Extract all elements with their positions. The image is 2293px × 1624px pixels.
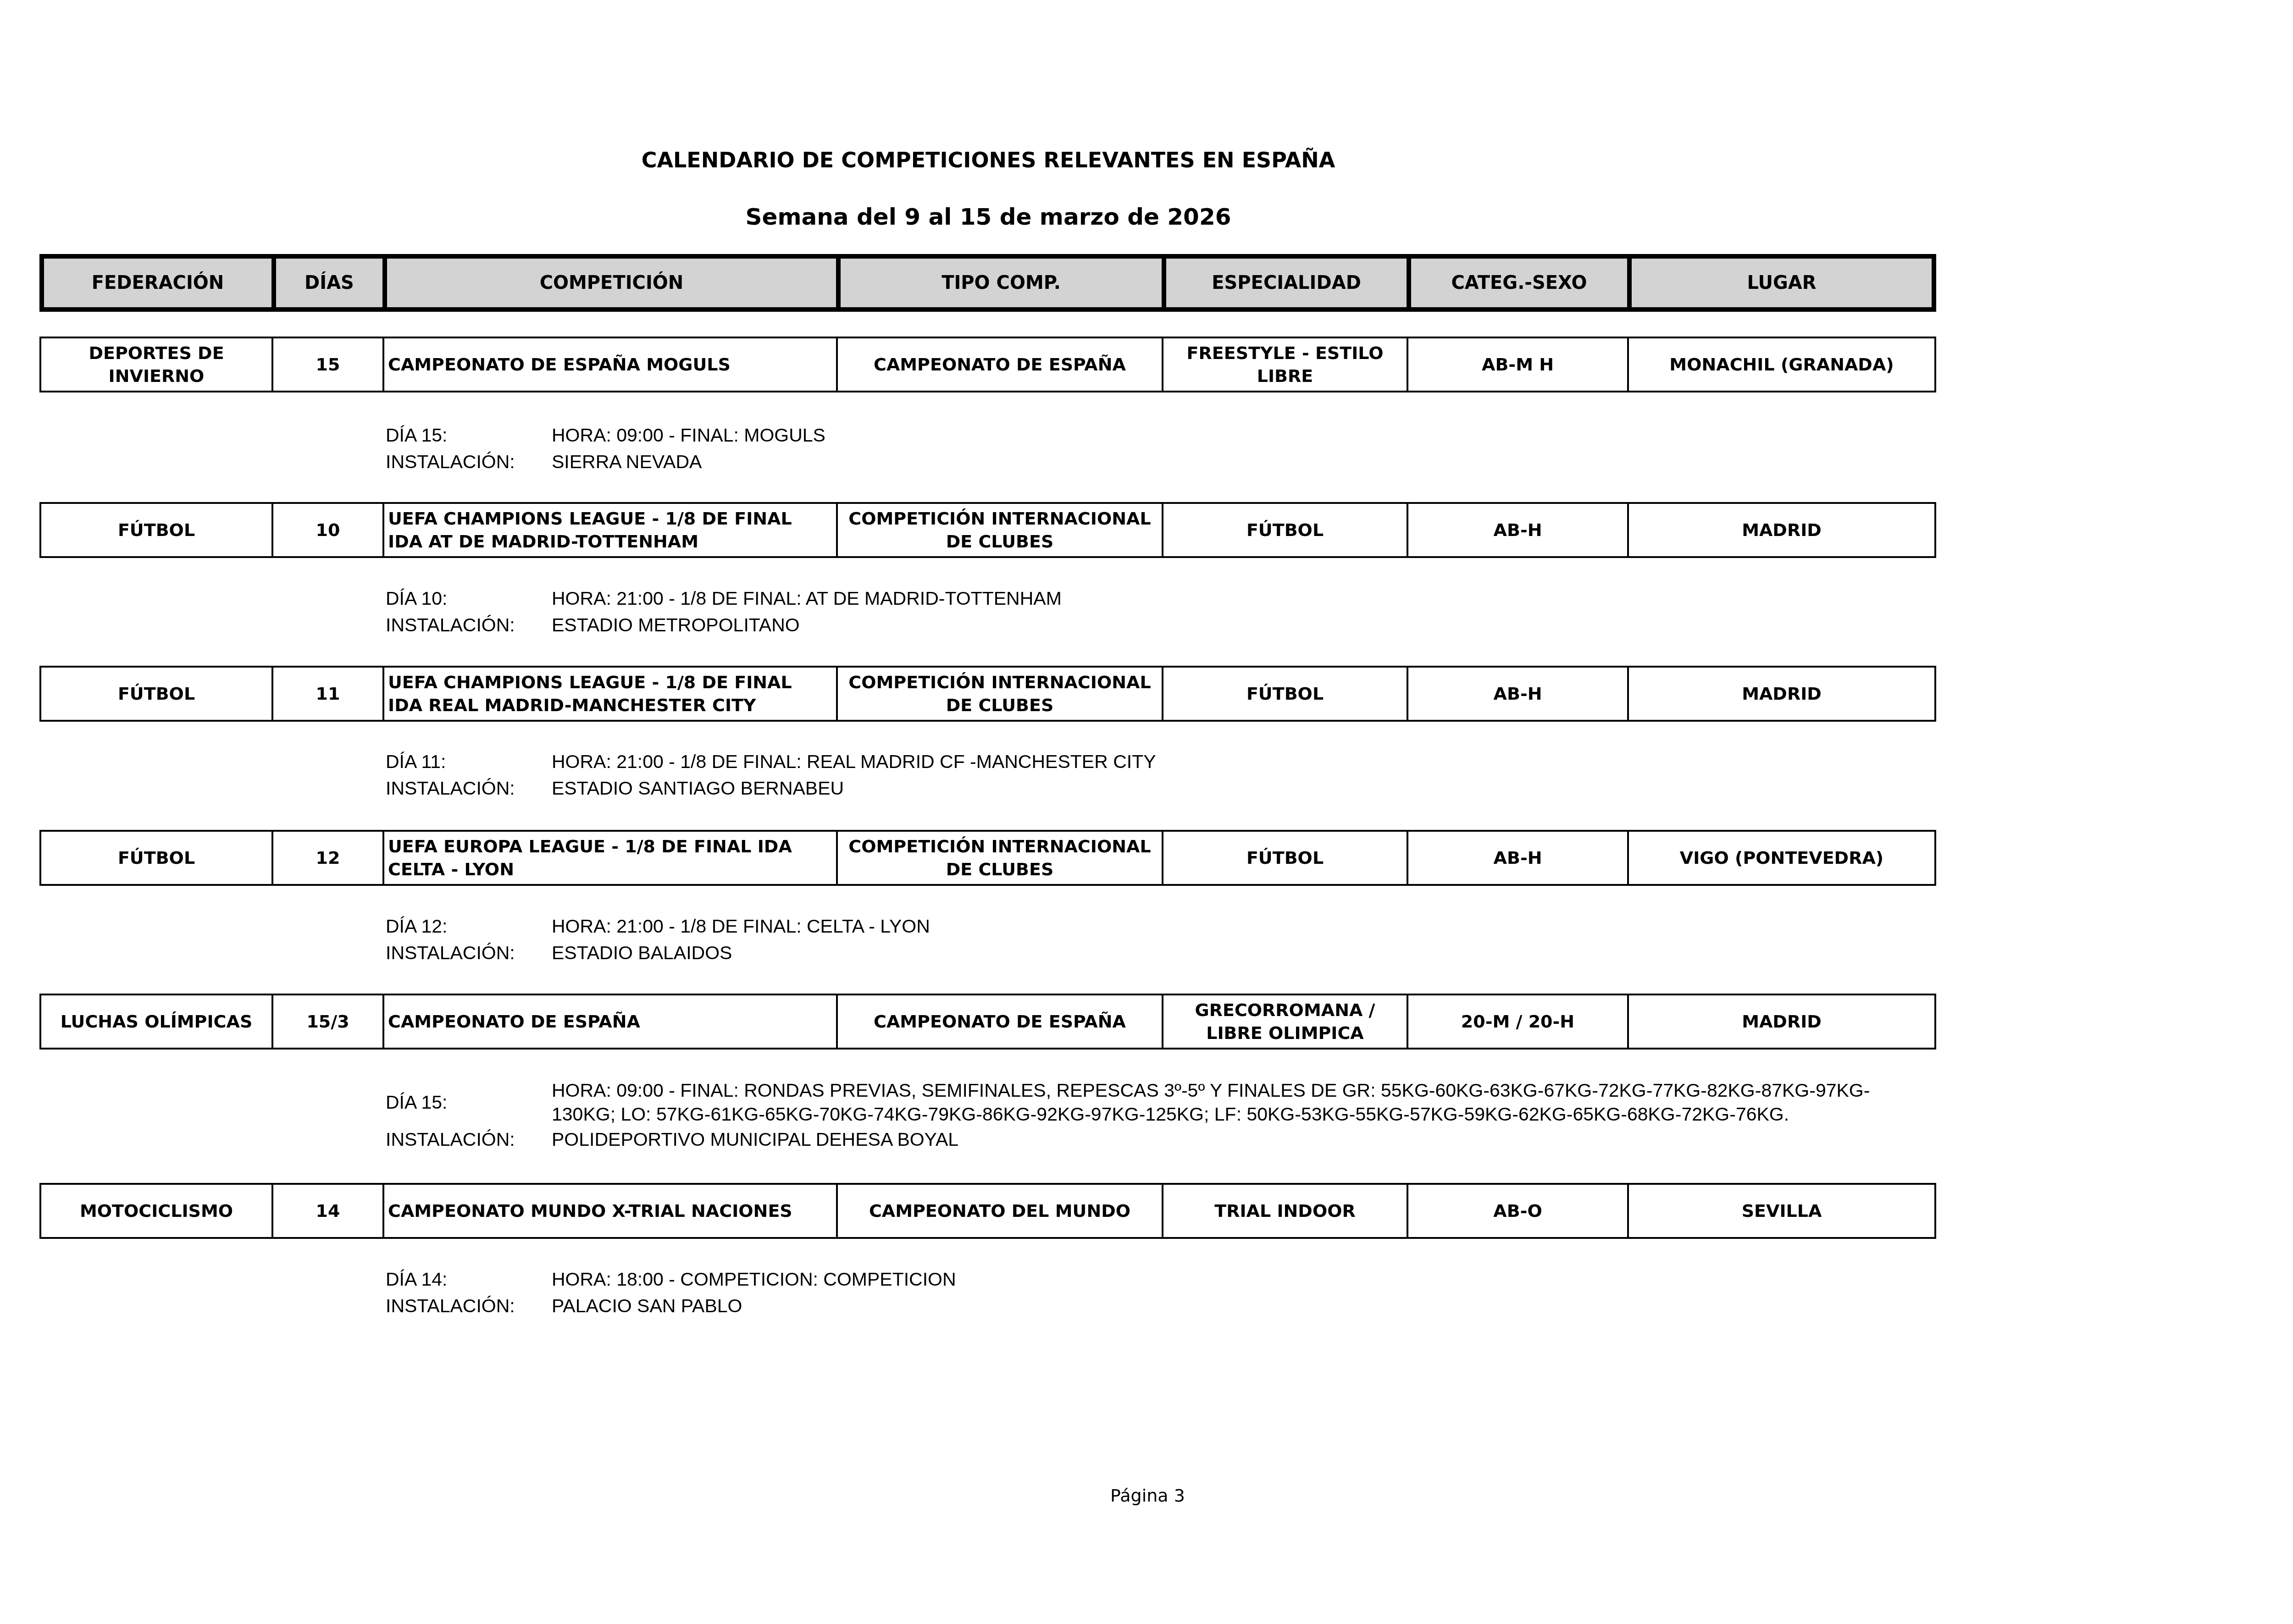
column-header-federacion: FEDERACIÓN xyxy=(44,259,276,307)
column-header-tipo: TIPO COMP. xyxy=(841,259,1166,307)
detail-schedule: HORA: 09:00 - FINAL: RONDAS PREVIAS, SEM… xyxy=(552,1078,1927,1126)
cell-tipo: COMPETICIÓN INTERNACIONAL DE CLUBES xyxy=(838,504,1163,556)
cell-lugar: MONACHIL (GRANADA) xyxy=(1629,338,1934,391)
cell-tipo: CAMPEONATO DE ESPAÑA xyxy=(838,338,1163,391)
cell-especialidad: FÚTBOL xyxy=(1163,504,1408,556)
cell-dias: 15 xyxy=(273,338,384,391)
detail-day-label: DÍA 12: xyxy=(386,913,552,939)
cell-categ-sexo: AB-O xyxy=(1408,1185,1629,1237)
detail-venue-label: INSTALACIÓN: xyxy=(386,1126,552,1153)
column-header-competicion: COMPETICIÓN xyxy=(387,259,841,307)
event-detail: DÍA 14:HORA: 18:00 - COMPETICION: COMPET… xyxy=(386,1266,1927,1319)
cell-lugar: MADRID xyxy=(1629,668,1934,720)
cell-categ-sexo: AB-H xyxy=(1408,668,1629,720)
detail-schedule: HORA: 21:00 - 1/8 DE FINAL: AT DE MADRID… xyxy=(552,585,1927,612)
cell-especialidad: TRIAL INDOOR xyxy=(1163,1185,1408,1237)
detail-venue-label: INSTALACIÓN: xyxy=(386,448,552,475)
detail-venue: ESTADIO SANTIAGO BERNABEU xyxy=(552,775,1927,801)
cell-competicion: CAMPEONATO DE ESPAÑA xyxy=(384,995,838,1048)
cell-federacion: FÚTBOL xyxy=(41,504,273,556)
detail-venue: ESTADIO BALAIDOS xyxy=(552,939,1927,966)
table-row: FÚTBOL 11 UEFA CHAMPIONS LEAGUE - 1/8 DE… xyxy=(39,666,1936,722)
cell-federacion: DEPORTES DE INVIERNO xyxy=(41,338,273,391)
cell-categ-sexo: AB-H xyxy=(1408,504,1629,556)
cell-tipo: COMPETICIÓN INTERNACIONAL DE CLUBES xyxy=(838,668,1163,720)
cell-dias: 15/3 xyxy=(273,995,384,1048)
table-row: LUCHAS OLÍMPICAS 15/3 CAMPEONATO DE ESPA… xyxy=(39,994,1936,1050)
cell-especialidad: GRECORROMANA / LIBRE OLIMPICA xyxy=(1163,995,1408,1048)
detail-schedule: HORA: 21:00 - 1/8 DE FINAL: REAL MADRID … xyxy=(552,748,1927,775)
table-header: FEDERACIÓN DÍAS COMPETICIÓN TIPO COMP. E… xyxy=(39,254,1936,312)
detail-day-label: DÍA 15: xyxy=(386,1089,552,1116)
detail-day-label: DÍA 14: xyxy=(386,1266,552,1293)
detail-day-label: DÍA 11: xyxy=(386,748,552,775)
document-subtitle: Semana del 9 al 15 de marzo de 2026 xyxy=(0,204,1977,230)
cell-tipo: CAMPEONATO DEL MUNDO xyxy=(838,1185,1163,1237)
detail-venue-label: INSTALACIÓN: xyxy=(386,775,552,801)
column-header-categ-sexo: CATEG.-SEXO xyxy=(1411,259,1632,307)
detail-day-label: DÍA 10: xyxy=(386,585,552,612)
cell-tipo: CAMPEONATO DE ESPAÑA xyxy=(838,995,1163,1048)
column-header-dias: DÍAS xyxy=(276,259,387,307)
cell-dias: 12 xyxy=(273,832,384,884)
cell-dias: 11 xyxy=(273,668,384,720)
detail-schedule: HORA: 09:00 - FINAL: MOGULS xyxy=(552,422,1927,448)
cell-lugar: MADRID xyxy=(1629,504,1934,556)
cell-competicion: CAMPEONATO MUNDO X-TRIAL NACIONES xyxy=(384,1185,838,1237)
cell-especialidad: FREESTYLE - ESTILO LIBRE xyxy=(1163,338,1408,391)
event-detail: DÍA 11:HORA: 21:00 - 1/8 DE FINAL: REAL … xyxy=(386,748,1927,801)
event-detail: DÍA 15:HORA: 09:00 - FINAL: MOGULS INSTA… xyxy=(386,422,1927,475)
table-row: MOTOCICLISMO 14 CAMPEONATO MUNDO X-TRIAL… xyxy=(39,1183,1936,1239)
cell-lugar: SEVILLA xyxy=(1629,1185,1934,1237)
cell-dias: 14 xyxy=(273,1185,384,1237)
column-header-especialidad: ESPECIALIDAD xyxy=(1166,259,1411,307)
table-row: DEPORTES DE INVIERNO 15 CAMPEONATO DE ES… xyxy=(39,337,1936,392)
detail-day-label: DÍA 15: xyxy=(386,422,552,448)
cell-categ-sexo: AB-H xyxy=(1408,832,1629,884)
column-header-lugar: LUGAR xyxy=(1632,259,1932,307)
cell-competicion: UEFA EUROPA LEAGUE - 1/8 DE FINAL IDA CE… xyxy=(384,832,838,884)
detail-venue-label: INSTALACIÓN: xyxy=(386,612,552,638)
document-title: CALENDARIO DE COMPETICIONES RELEVANTES E… xyxy=(0,148,1977,172)
detail-schedule: HORA: 21:00 - 1/8 DE FINAL: CELTA - LYON xyxy=(552,913,1927,939)
event-detail: DÍA 15:HORA: 09:00 - FINAL: RONDAS PREVI… xyxy=(386,1078,1927,1153)
detail-venue: PALACIO SAN PABLO xyxy=(552,1293,1927,1319)
cell-competicion: UEFA CHAMPIONS LEAGUE - 1/8 DE FINAL IDA… xyxy=(384,504,838,556)
cell-federacion: FÚTBOL xyxy=(41,832,273,884)
cell-competicion: CAMPEONATO DE ESPAÑA MOGULS xyxy=(384,338,838,391)
cell-especialidad: FÚTBOL xyxy=(1163,668,1408,720)
cell-competicion: UEFA CHAMPIONS LEAGUE - 1/8 DE FINAL IDA… xyxy=(384,668,838,720)
detail-venue-label: INSTALACIÓN: xyxy=(386,939,552,966)
page-number: Página 3 xyxy=(0,1486,2293,1506)
cell-categ-sexo: AB-M H xyxy=(1408,338,1629,391)
event-detail: DÍA 12:HORA: 21:00 - 1/8 DE FINAL: CELTA… xyxy=(386,913,1927,966)
detail-venue-label: INSTALACIÓN: xyxy=(386,1293,552,1319)
table-row: FÚTBOL 10 UEFA CHAMPIONS LEAGUE - 1/8 DE… xyxy=(39,502,1936,558)
cell-federacion: FÚTBOL xyxy=(41,668,273,720)
detail-venue: ESTADIO METROPOLITANO xyxy=(552,612,1927,638)
cell-tipo: COMPETICIÓN INTERNACIONAL DE CLUBES xyxy=(838,832,1163,884)
cell-federacion: LUCHAS OLÍMPICAS xyxy=(41,995,273,1048)
detail-venue: POLIDEPORTIVO MUNICIPAL DEHESA BOYAL xyxy=(552,1126,1927,1153)
cell-categ-sexo: 20-M / 20-H xyxy=(1408,995,1629,1048)
cell-especialidad: FÚTBOL xyxy=(1163,832,1408,884)
cell-lugar: MADRID xyxy=(1629,995,1934,1048)
cell-dias: 10 xyxy=(273,504,384,556)
table-row: FÚTBOL 12 UEFA EUROPA LEAGUE - 1/8 DE FI… xyxy=(39,830,1936,886)
detail-venue: SIERRA NEVADA xyxy=(552,448,1927,475)
detail-schedule: HORA: 18:00 - COMPETICION: COMPETICION xyxy=(552,1266,1927,1293)
cell-federacion: MOTOCICLISMO xyxy=(41,1185,273,1237)
cell-lugar: VIGO (PONTEVEDRA) xyxy=(1629,832,1934,884)
event-detail: DÍA 10:HORA: 21:00 - 1/8 DE FINAL: AT DE… xyxy=(386,585,1927,638)
